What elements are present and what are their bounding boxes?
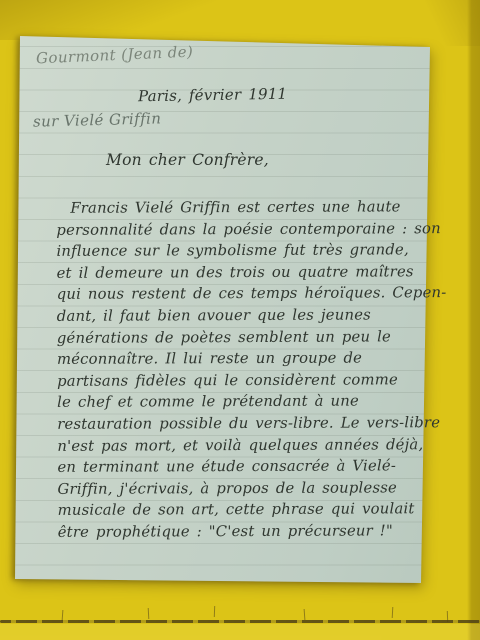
erased-pencil-smudge xyxy=(332,14,410,24)
letter-line: et il demeure un des trois ou quatre maî… xyxy=(57,261,433,284)
letter-line: dant, il faut bien avouer que les jeunes xyxy=(57,304,433,327)
letter-line: en terminant une étude consacrée à Vielé… xyxy=(57,455,433,478)
letter-line: n'est pas mort, et voilà quelques années… xyxy=(57,434,433,457)
letter-line: qui nous restent de ces temps héroïques.… xyxy=(57,283,433,306)
letter-line: Griffin, j'écrivais, à propos de la soup… xyxy=(57,477,433,500)
letter-line: musicale de son art, cette phrase qui vo… xyxy=(58,498,434,521)
letter-line: méconnaître. Il lui reste un groupe de xyxy=(57,347,433,370)
photo-of-letter: Gourmont (Jean de) Paris, février 1911 s… xyxy=(0,0,480,640)
letter-line: le chef et comme le prétendant à une xyxy=(57,391,433,414)
dateline: Paris, février 1911 xyxy=(138,85,288,106)
letter-line: personnalité dans la poésie contemporain… xyxy=(56,218,432,241)
letter-line: partisans fidèles qui le considèrent com… xyxy=(57,369,433,392)
salutation: Mon cher Confrère, xyxy=(106,151,269,169)
subject-note: sur Vielé Griffin xyxy=(33,109,162,130)
letter-line: influence sur le symbolisme fut très gra… xyxy=(56,239,432,262)
letter-line: être prophétique : "C'est un précurseur … xyxy=(58,520,434,543)
letter-body: Francis Vielé Griffin est certes une hau… xyxy=(56,196,434,543)
letter-line: restauration possible du vers-libre. Le … xyxy=(57,412,433,435)
letter-line: Francis Vielé Griffin est certes une hau… xyxy=(56,196,432,219)
erased-pencil-smudge xyxy=(340,28,404,36)
letter-line: générations de poètes semblent un peu le xyxy=(57,326,433,349)
